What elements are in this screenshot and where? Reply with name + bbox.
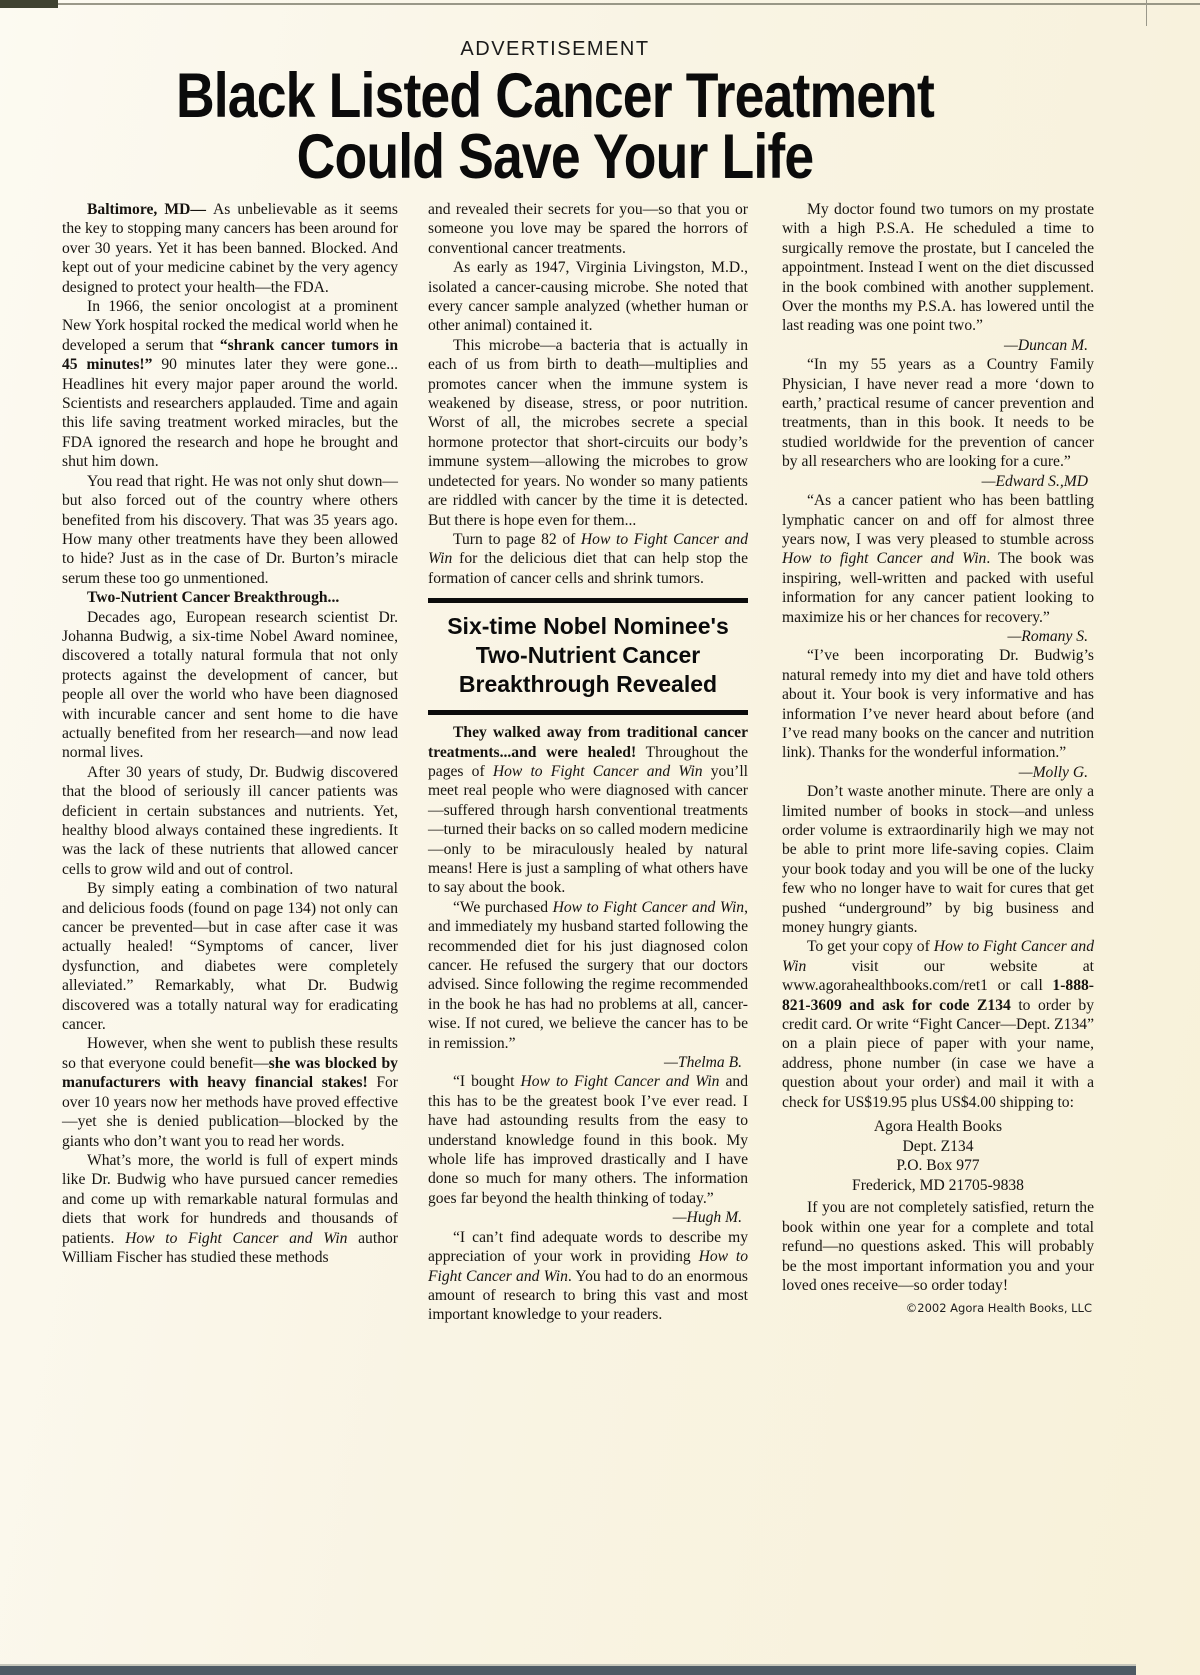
article-column-1: Baltimore, MD— As unbelievable as it see… <box>62 200 398 1267</box>
book-title-text: How to Fight Cancer and Win <box>125 1230 347 1247</box>
paragraph: Don’t waste another minute. There are on… <box>782 782 1094 937</box>
body-text: visit our website at www.agorahealthbook… <box>782 958 1094 994</box>
paragraph: Decades ago, European research scientist… <box>62 608 398 763</box>
paragraph: “In my 55 years as a Country Family Phys… <box>782 355 1094 471</box>
body-text: and this has to be the greatest book I’v… <box>428 1073 748 1206</box>
paragraph: By simply eating a combination of two na… <box>62 879 398 1034</box>
article-column-2: and revealed their secrets for you—so th… <box>428 200 748 1325</box>
top-left-scan-mark <box>0 0 58 8</box>
body-text: Baltimore, MD— <box>87 201 213 218</box>
body-text: My doctor found two tumors on my prostat… <box>782 201 1094 334</box>
body-text: As early as 1947, Virginia Livingston, M… <box>428 259 748 334</box>
book-title-text: How to Fight Cancer and Win <box>553 899 745 916</box>
paragraph: “We purchased How to Fight Cancer and Wi… <box>428 898 748 1053</box>
top-scan-line <box>26 3 1200 5</box>
advertisement-page: ADVERTISEMENT Black Listed Cancer Treatm… <box>0 0 1200 1675</box>
paragraph: Baltimore, MD— As unbelievable as it see… <box>62 200 398 297</box>
paragraph: “I’ve been incorporating Dr. Budwig’s na… <box>782 646 1094 762</box>
body-text: If you are not completely satisfied, ret… <box>782 1199 1094 1294</box>
paragraph: However, when she went to publish these … <box>62 1034 398 1150</box>
body-text: “In my 55 years as a Country Family Phys… <box>782 356 1094 470</box>
paragraph: They walked away from traditional cancer… <box>428 723 748 898</box>
address-line: Agora Health Books <box>782 1117 1094 1137</box>
testimonial-attribution: —Edward S.,MD <box>782 472 1094 491</box>
body-text: To get your copy of <box>807 938 934 955</box>
paragraph: My doctor found two tumors on my prostat… <box>782 200 1094 336</box>
paragraph: If you are not completely satisfied, ret… <box>782 1198 1094 1295</box>
paragraph: This microbe—a bacteria that is actually… <box>428 336 748 530</box>
testimonial-attribution: —Romany S. <box>782 627 1094 646</box>
paragraph: “I bought How to Fight Cancer and Win an… <box>428 1072 748 1208</box>
testimonial-attribution: —Thelma B. <box>428 1053 748 1072</box>
copyright-notice: ©2002 Agora Health Books, LLC <box>782 1299 1092 1318</box>
advertisement-label: ADVERTISEMENT <box>0 38 1110 61</box>
bottom-scan-bar <box>0 1666 1136 1675</box>
paragraph: Turn to page 82 of How to Fight Cancer a… <box>428 530 748 588</box>
body-text: Don’t waste another minute. There are on… <box>782 783 1094 936</box>
testimonial-attribution: —Molly G. <box>782 763 1094 782</box>
headline-line-2: Could Save Your Life <box>83 127 1027 188</box>
testimonial-attribution: —Hugh M. <box>428 1208 748 1227</box>
boxed-subhead-line: Two-Nutrient Cancer <box>428 641 748 670</box>
address-line: P.O. Box 977 <box>782 1156 1094 1176</box>
paragraph: “I can’t find adequate words to describe… <box>428 1228 748 1325</box>
body-text: “As a cancer patient who has been battli… <box>782 492 1094 548</box>
body-text: “We purchased <box>453 899 553 916</box>
book-title-text: How to Fight Cancer and Win <box>520 1073 719 1090</box>
body-text: 90 minutes later they were gone... Headl… <box>62 356 398 470</box>
body-text: for the delicious diet that can help sto… <box>428 550 748 586</box>
mailing-address: Agora Health BooksDept. Z134P.O. Box 977… <box>782 1117 1094 1195</box>
top-edge-tick <box>1146 0 1147 26</box>
boxed-subhead-line: Breakthrough Revealed <box>428 670 748 699</box>
body-text: and revealed their secrets for you—so th… <box>428 201 748 257</box>
address-line: Dept. Z134 <box>782 1137 1094 1157</box>
headline-line-1: Black Listed Cancer Treatment <box>83 66 1027 127</box>
body-text: Turn to page 82 of <box>453 531 581 548</box>
paragraph: After 30 years of study, Dr. Budwig disc… <box>62 763 398 879</box>
body-text: you’ll meet real people who were diagnos… <box>428 763 748 896</box>
body-text: After 30 years of study, Dr. Budwig disc… <box>62 764 398 878</box>
paragraph: “As a cancer patient who has been battli… <box>782 491 1094 627</box>
paragraph: You read that right. He was not only shu… <box>62 472 398 588</box>
article-column-3: My doctor found two tumors on my prostat… <box>782 200 1094 1318</box>
body-text: Decades ago, European research scientist… <box>62 609 398 762</box>
book-title-text: How to fight Cancer and Win <box>782 550 986 567</box>
body-text: You read that right. He was not only shu… <box>62 473 398 587</box>
body-text: “I’ve been incorporating Dr. Budwig’s na… <box>782 647 1094 761</box>
paragraph: and revealed their secrets for you—so th… <box>428 200 748 258</box>
address-line: Frederick, MD 21705-9838 <box>782 1176 1094 1196</box>
body-text: “I bought <box>453 1073 520 1090</box>
body-text: By simply eating a combination of two na… <box>62 880 398 1033</box>
paragraph: In 1966, the senior oncologist at a prom… <box>62 297 398 472</box>
body-text: This microbe—a bacteria that is actually… <box>428 337 748 529</box>
boxed-subhead: Six-time Nobel Nominee'sTwo-Nutrient Can… <box>428 598 748 715</box>
headline: Black Listed Cancer Treatment Could Save… <box>0 66 1110 188</box>
boxed-subhead-line: Six-time Nobel Nominee's <box>428 612 748 641</box>
paragraph: To get your copy of How to Fight Cancer … <box>782 937 1094 1112</box>
paragraph: What’s more, the world is full of expert… <box>62 1151 398 1267</box>
book-title-text: How to Fight Cancer and Win <box>493 763 703 780</box>
body-text: , and immediately my husband started fol… <box>428 899 748 1052</box>
testimonial-attribution: —Duncan M. <box>782 336 1094 355</box>
section-subhead: Two-Nutrient Cancer Breakthrough... <box>62 588 398 607</box>
paragraph: As early as 1947, Virginia Livingston, M… <box>428 258 748 336</box>
